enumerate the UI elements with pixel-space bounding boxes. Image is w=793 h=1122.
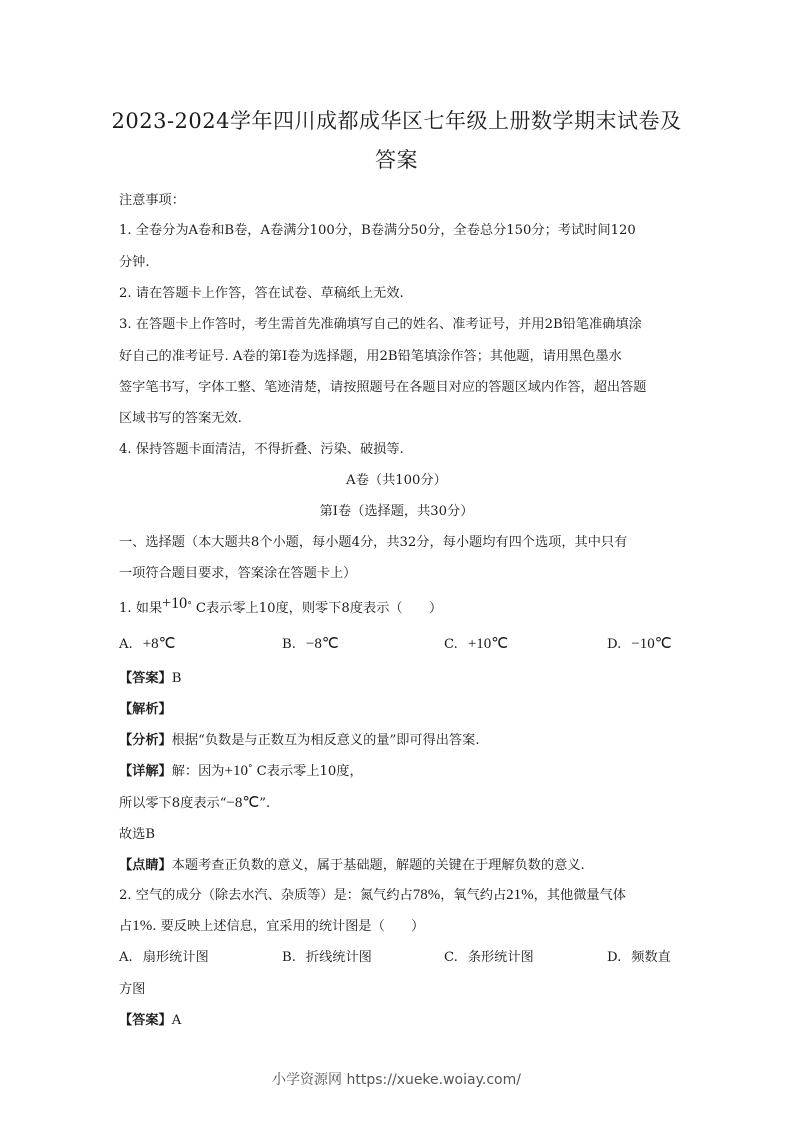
option-value: 折线统计图 [306,950,372,965]
option-label: A. [119,950,133,965]
question-1-option-d: D.−10℃ [607,634,672,653]
option-label: B. [282,637,296,652]
degree-symbol: ° [187,601,192,611]
question-2-option-a: A.扇形统计图 [119,946,209,965]
part-1-heading: 第Ⅰ卷（选择题，共30分） [100,500,693,519]
question-1-stem: 1. 如果+10° C表示零上10度，则零下8度表示（ ） [119,597,442,617]
option-label: A. [119,637,133,652]
option-value: +8℃ [143,636,176,652]
notice-heading: 注意事项： [119,189,185,208]
question-2-option-d: D.频数直 [607,946,671,965]
option-value: 频数直 [631,950,671,965]
option-label: C. [444,950,458,965]
fenxi-tag: 【分析】 [119,733,172,748]
document-title-line-1: 2023-2024学年四川成都成华区七年级上册数学期末试卷及 [100,105,693,135]
section-instructions-line-1: 一、选择题（本大题共8个小题，每小题4分，共32分，每小题均有四个选项，其中只有 [119,531,627,550]
answer-value: A [172,1013,182,1028]
question-1-option-b: B.−8℃ [282,634,339,653]
question-2-option-d-wrap: 方图 [119,978,145,997]
question-1-analysis-tag: 【解析】 [119,698,172,717]
option-value: +10℃ [468,636,508,652]
footer-site-link[interactable]: 小学资源网 https://xueke.woiay.com/ [0,1069,793,1089]
question-2-mid: ，氧气约占 [440,888,506,903]
option-label: D. [607,637,621,652]
notice-item: 区域书写的答案无效. [119,407,242,426]
option-value: −10℃ [631,636,671,652]
detail-suffix: C表示零上10度， [252,764,362,779]
notice-item: 4. 保持答题卡面清洁，不得折叠、污染、破损等. [119,438,404,457]
paper-a-heading: A卷（共100分） [100,469,693,488]
answer-tag: 【答案】 [119,671,172,686]
question-2-prefix: 2. 空气的成分（除去水汽、杂质等）是：氮气约占 [119,888,413,903]
degree-symbol: ° [248,764,253,774]
notice-item: 好自己的准考证号. A卷的第Ⅰ卷为选择题，用2B铅笔填涂作答；其他题，请用黑色墨… [119,345,622,364]
option-value: 条形统计图 [468,950,534,965]
question-1-dianjing: 【点睛】本题考查正负数的意义，属于基础题，解题的关键在于理解负数的意义. [119,854,585,873]
analysis-tag: 【解析】 [119,702,172,717]
question-1-answer: 【答案】B [119,667,181,686]
detail-line2-math: −8℃ [226,795,259,811]
section-instructions-line-2: 一项符合题目要求，答案涂在答题卡上） [119,562,356,581]
question-1-option-a: A.+8℃ [119,634,176,653]
other-gas-percent: 1% [132,918,152,934]
question-2-stem-line-2: 占1%. 要反映上述信息，宜采用的统计图是（ ） [119,915,424,935]
question-2-stem-line-1: 2. 空气的成分（除去水汽、杂质等）是：氮气约占78%，氧气约占21%，其他微量… [119,884,626,904]
detail-prefix: 解：因为 [172,764,225,779]
option-value: 扇形统计图 [143,950,209,965]
question-2-option-b: B.折线统计图 [282,946,372,965]
dianjing-text: 本题考查正负数的意义，属于基础题，解题的关键在于理解负数的意义. [172,858,585,873]
detail-math: +10 [225,763,248,779]
answer-tag: 【答案】 [119,1013,172,1028]
question-2-line2-suffix: . 要反映上述信息，宜采用的统计图是（ ） [152,919,424,934]
question-2-answer: 【答案】A [119,1009,181,1028]
question-1-prefix: 1. 如果 [119,601,162,616]
question-1-detail-line-2: 所以零下8度表示“−8℃”. [119,792,270,812]
question-1-detail: 【详解】解：因为+10° C表示零上10度， [119,760,363,780]
detail-tag: 【详解】 [119,764,172,779]
question-1-math: +10 [162,595,187,612]
question-1-suffix: C表示零上10度，则零下8度表示（ ） [192,601,442,616]
notice-item: 3. 在答题卡上作答时，考生需首先准确填写自己的姓名、准考证号，并用2B铅笔准确… [119,313,642,332]
detail-line2-suffix: ”. [259,796,270,811]
detail-line2-prefix: 所以零下8度表示“ [119,796,226,811]
oxygen-percent: 21% [506,887,534,903]
document-title-line-2: 答案 [100,144,693,174]
option-label: D. [607,950,621,965]
answer-value: B [172,671,182,686]
notice-item: 签字笔书写，字体工整、笔迹清楚，请按照题号在各题目对应的答题区域内作答，超出答题 [119,376,647,395]
question-1-fenxi: 【分析】根据“负数是与正数互为相反意义的量”即可得出答案. [119,729,480,748]
document-page: 2023-2024学年四川成都成华区七年级上册数学期末试卷及 答案 注意事项： … [0,0,793,1122]
notice-item: 1. 全卷分为A卷和B卷，A卷满分100分，B卷满分50分，全卷总分150分；考… [119,219,636,238]
notice-item: 分钟. [119,251,150,270]
question-2-line2-prefix: 占 [119,919,132,934]
question-2-option-c: C.条形统计图 [444,946,534,965]
option-label: C. [444,637,458,652]
question-1-choice: 故选B [119,823,155,842]
option-value: −8℃ [306,636,339,652]
nitrogen-percent: 78% [413,887,441,903]
question-1-option-c: C.+10℃ [444,634,508,653]
notice-item: 2. 请在答题卡上作答，答在试卷、草稿纸上无效. [119,282,404,301]
question-2-suffix: ，其他微量气体 [534,888,626,903]
option-label: B. [282,950,296,965]
dianjing-tag: 【点睛】 [119,858,172,873]
fenxi-text: 根据“负数是与正数互为相反意义的量”即可得出答案. [172,733,480,748]
